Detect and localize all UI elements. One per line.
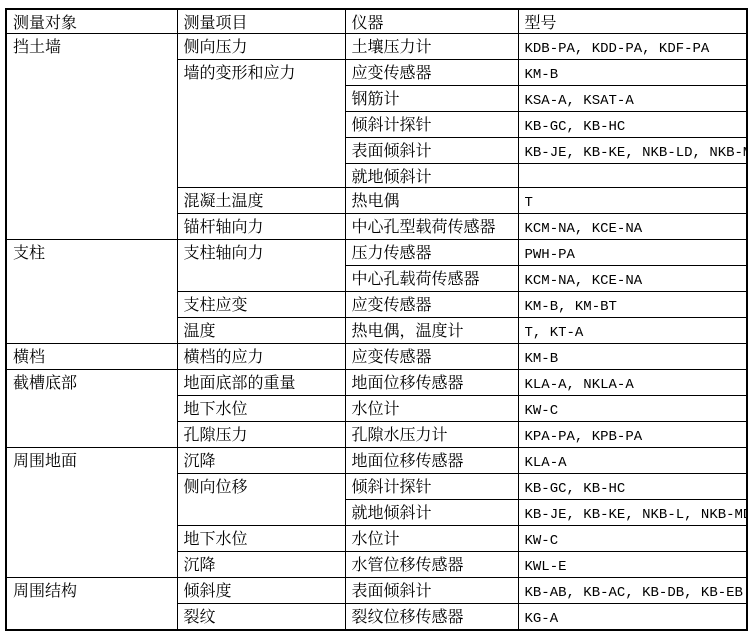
model-cell: KW-C <box>518 526 747 552</box>
table-cell: 墙的变形和应力 <box>177 60 345 188</box>
table-cell: 截槽底部 <box>6 370 177 448</box>
model-cell: KG-A <box>518 604 747 631</box>
table-cell: 热电偶，温度计 <box>345 318 518 344</box>
table-cell: 挡土墙 <box>6 34 177 240</box>
table-cell: 裂纹 <box>177 604 345 631</box>
model-cell: KLA-A, NKLA-A <box>518 370 747 396</box>
model-cell: KB-GC, KB-HC <box>518 112 747 138</box>
table-cell: 沉降 <box>177 552 345 578</box>
table-cell: 孔隙压力 <box>177 422 345 448</box>
table-cell: 钢筋计 <box>345 86 518 112</box>
table-cell: 温度 <box>177 318 345 344</box>
model-cell: KB-JE, KB-KE, NKB-L, NKB-MD <box>518 500 747 526</box>
table-cell: 倾斜度 <box>177 578 345 604</box>
table-cell: 热电偶 <box>345 188 518 214</box>
model-cell: KSA-A, KSAT-A <box>518 86 747 112</box>
table-cell: 混凝土温度 <box>177 188 345 214</box>
model-cell: KDB-PA, KDD-PA, KDF-PA <box>518 34 747 60</box>
table-cell: 横档的应力 <box>177 344 345 370</box>
table-cell: 地下水位 <box>177 526 345 552</box>
table-cell: 就地倾斜计 <box>345 500 518 526</box>
table-cell: 支柱轴向力 <box>177 240 345 292</box>
table-cell: 锚杆轴向力 <box>177 214 345 240</box>
table-cell: 倾斜计探针 <box>345 474 518 500</box>
table-cell: 沉降 <box>177 448 345 474</box>
model-cell: KPA-PA, KPB-PA <box>518 422 747 448</box>
table-row: 支柱支柱轴向力压力传感器PWH-PA <box>6 240 747 266</box>
table-cell: 地下水位 <box>177 396 345 422</box>
table-cell: 应变传感器 <box>345 292 518 318</box>
table-cell: 中心孔载荷传感器 <box>345 266 518 292</box>
document-page: 测量对象测量项目仪器型号 挡土墙侧向压力土壤压力计KDB-PA, KDD-PA,… <box>0 0 752 635</box>
table-cell: 裂纹位移传感器 <box>345 604 518 631</box>
table-cell: 表面倾斜计 <box>345 138 518 164</box>
model-cell: T <box>518 188 747 214</box>
column-header-4: 型号 <box>518 9 747 34</box>
column-header-2: 测量项目 <box>177 9 345 34</box>
table-cell: 应变传感器 <box>345 344 518 370</box>
table-cell: 压力传感器 <box>345 240 518 266</box>
table-header-row: 测量对象测量项目仪器型号 <box>6 9 747 34</box>
model-cell: KW-C <box>518 396 747 422</box>
table-cell: 孔隙水压力计 <box>345 422 518 448</box>
table-row: 截槽底部地面底部的重量地面位移传感器KLA-A, NKLA-A <box>6 370 747 396</box>
model-cell: KB-GC, KB-HC <box>518 474 747 500</box>
table-row: 横档横档的应力应变传感器KM-B <box>6 344 747 370</box>
model-cell: KCM-NA, KCE-NA <box>518 266 747 292</box>
measurement-table: 测量对象测量项目仪器型号 挡土墙侧向压力土壤压力计KDB-PA, KDD-PA,… <box>5 8 748 631</box>
column-header-3: 仪器 <box>345 9 518 34</box>
model-cell: KB-JE, KB-KE, NKB-LD, NKB-MD <box>518 138 747 164</box>
table-cell: 横档 <box>6 344 177 370</box>
model-cell <box>518 164 747 188</box>
model-cell: T, KT-A <box>518 318 747 344</box>
table-cell: 侧向位移 <box>177 474 345 526</box>
table-cell: 支柱应变 <box>177 292 345 318</box>
model-cell: KWL-E <box>518 552 747 578</box>
table-cell: 表面倾斜计 <box>345 578 518 604</box>
model-cell: PWH-PA <box>518 240 747 266</box>
column-header-1: 测量对象 <box>6 9 177 34</box>
table-cell: 地面底部的重量 <box>177 370 345 396</box>
table-cell: 侧向压力 <box>177 34 345 60</box>
model-cell: KM-B <box>518 60 747 86</box>
table-cell: 就地倾斜计 <box>345 164 518 188</box>
table-cell: 地面位移传感器 <box>345 370 518 396</box>
table-row: 周围结构倾斜度表面倾斜计KB-AB, KB-AC, KB-DB, KB-EB <box>6 578 747 604</box>
table-row: 周围地面沉降地面位移传感器KLA-A <box>6 448 747 474</box>
table-cell: 周围地面 <box>6 448 177 578</box>
table-cell: 水管位移传感器 <box>345 552 518 578</box>
table-cell: 应变传感器 <box>345 60 518 86</box>
model-cell: KM-B, KM-BT <box>518 292 747 318</box>
table-row: 挡土墙侧向压力土壤压力计KDB-PA, KDD-PA, KDF-PA <box>6 34 747 60</box>
table-cell: 水位计 <box>345 526 518 552</box>
model-cell: KM-B <box>518 344 747 370</box>
model-cell: KLA-A <box>518 448 747 474</box>
table-cell: 倾斜计探针 <box>345 112 518 138</box>
table-cell: 水位计 <box>345 396 518 422</box>
table-cell: 周围结构 <box>6 578 177 631</box>
table-cell: 土壤压力计 <box>345 34 518 60</box>
table-cell: 地面位移传感器 <box>345 448 518 474</box>
model-cell: KB-AB, KB-AC, KB-DB, KB-EB <box>518 578 747 604</box>
model-cell: KCM-NA, KCE-NA <box>518 214 747 240</box>
table-cell: 中心孔型载荷传感器 <box>345 214 518 240</box>
table-cell: 支柱 <box>6 240 177 344</box>
